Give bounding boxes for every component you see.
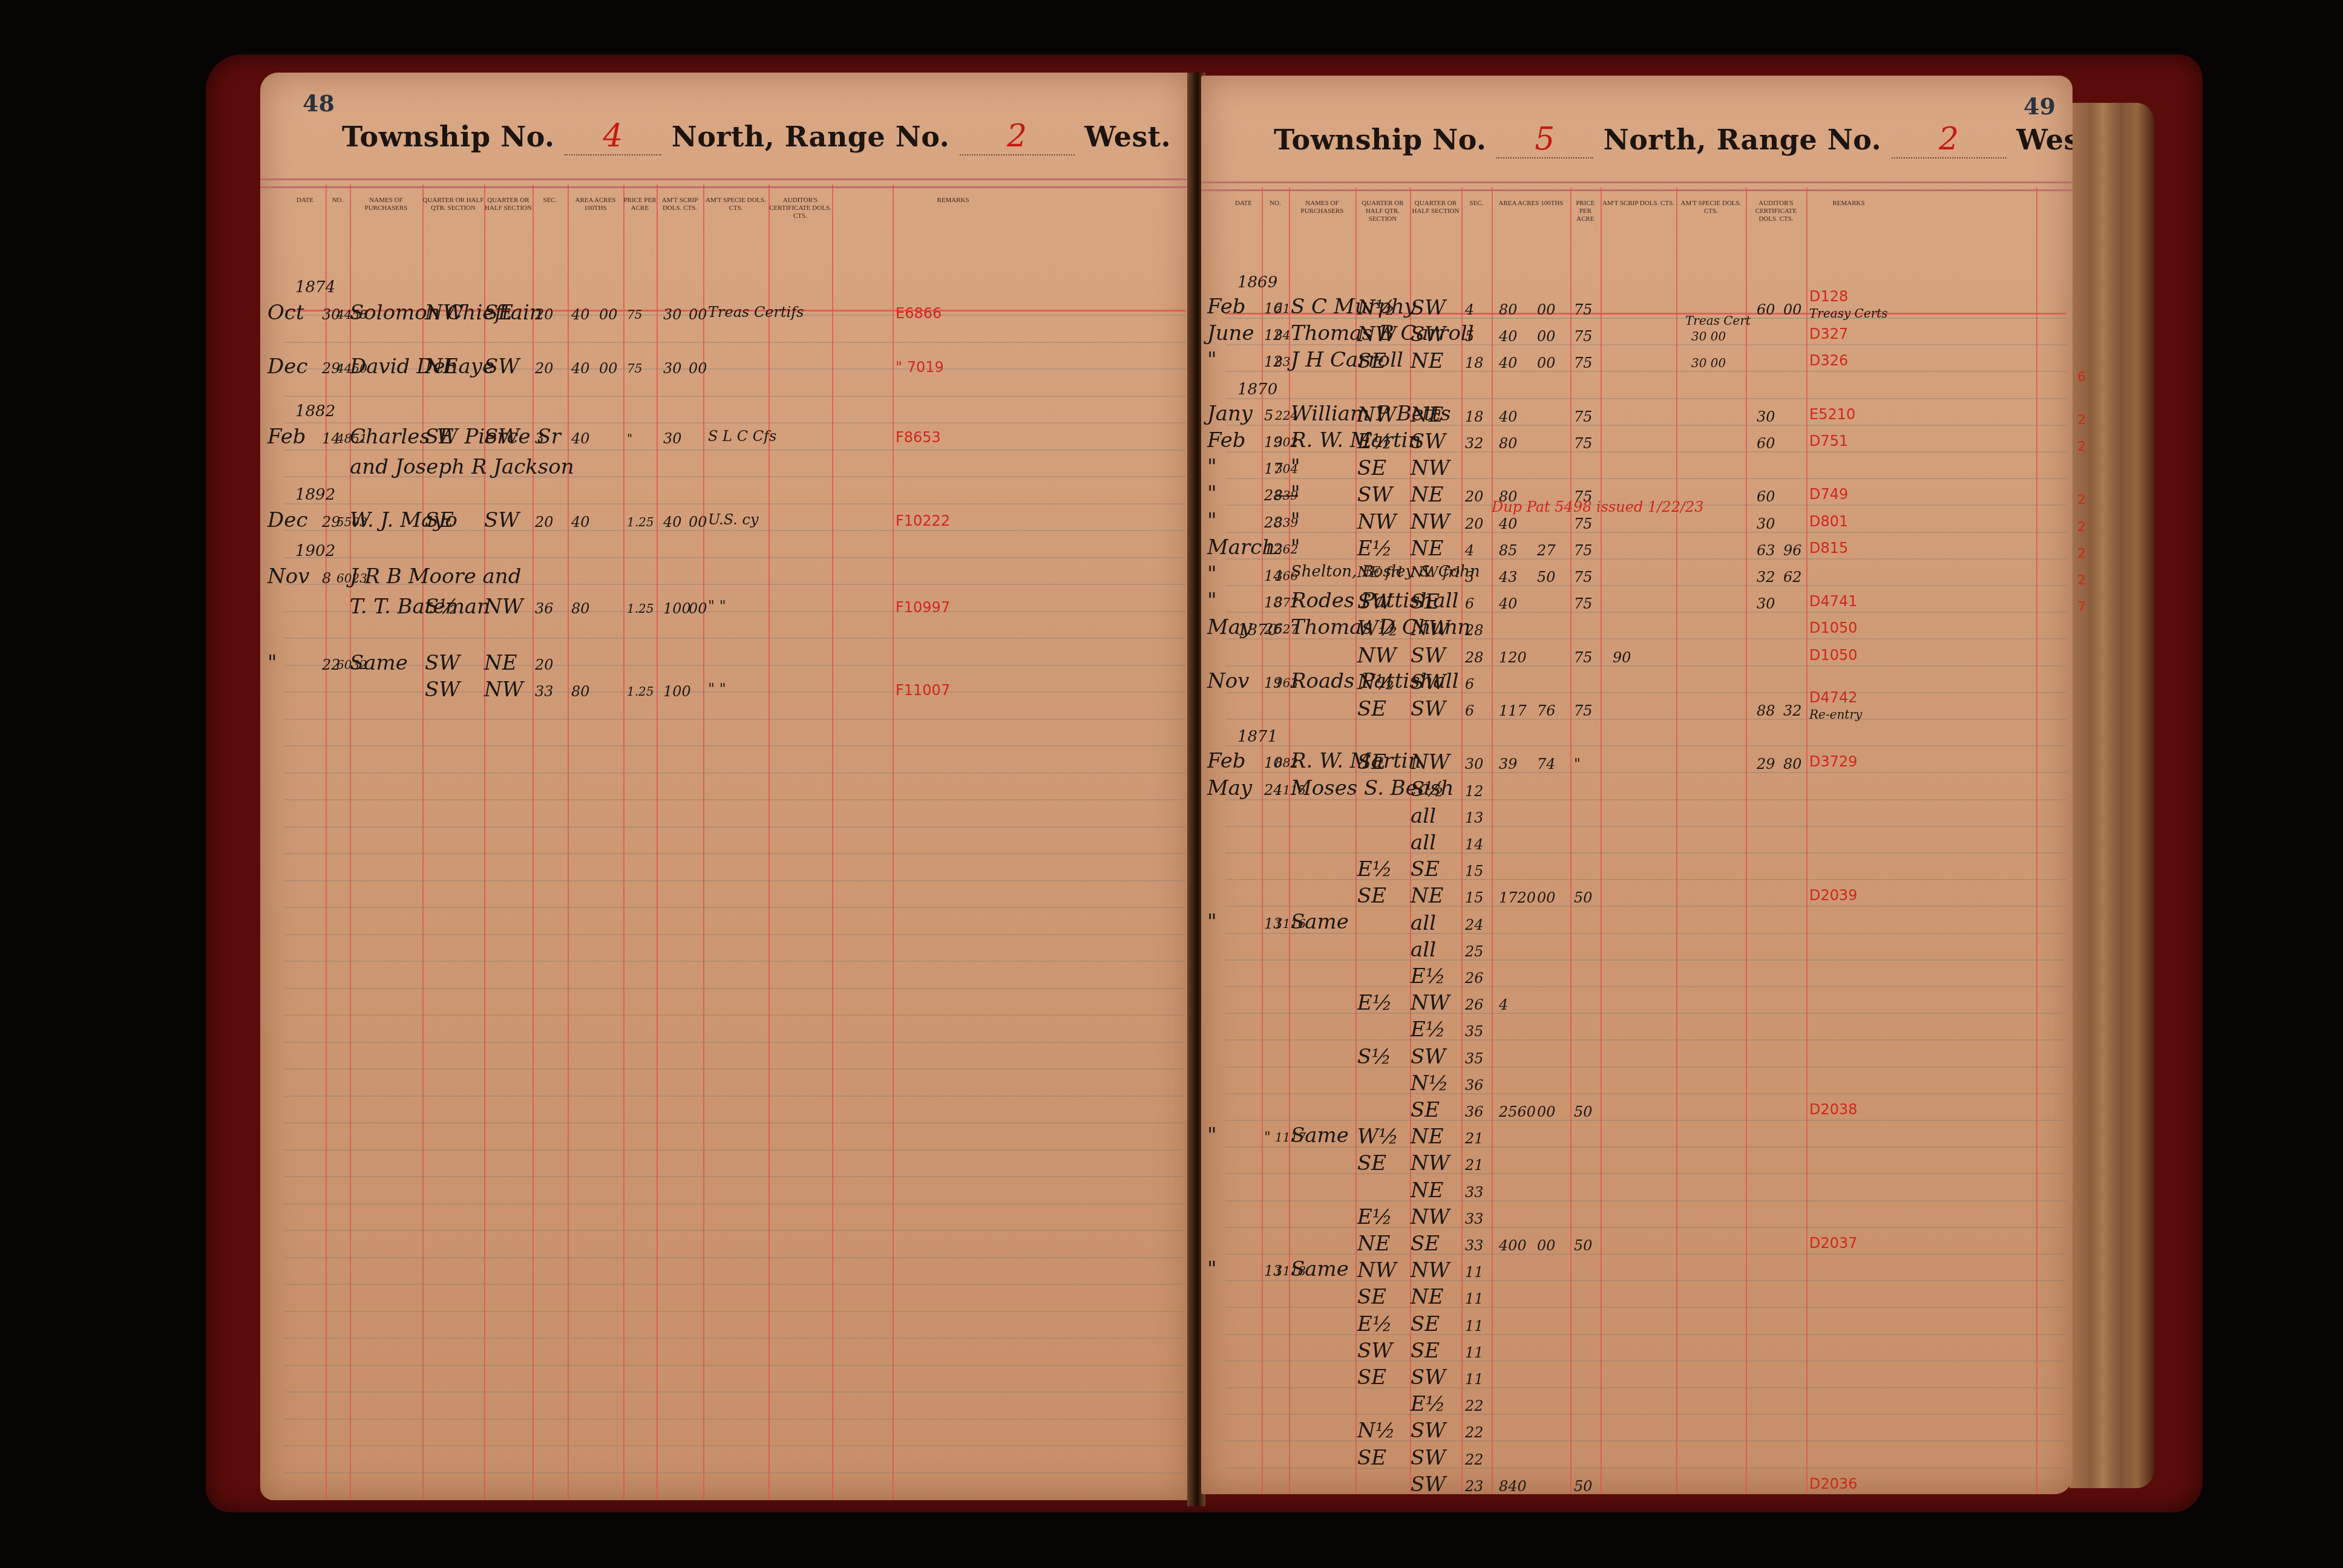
row-rule (1225, 745, 2066, 746)
section-number: 11 (1465, 1345, 1484, 1360)
north-range-label: North, Range No. (672, 120, 950, 153)
remarks-certificate: F11007 (896, 683, 950, 697)
quarter-half-qtr-section: SE (1357, 752, 1386, 773)
purchaser-name: " (1291, 537, 1300, 558)
quarter-half-qtr-section: N½ (1357, 1420, 1395, 1441)
row-rule (284, 1096, 1186, 1097)
ledger-entry: Dec294450David DehayeNESW204000753000" 7… (284, 356, 1186, 383)
price-per-acre: 75 (1574, 596, 1593, 611)
section-number: 36 (1465, 1078, 1484, 1093)
scrip-dollars: 100 (663, 601, 691, 616)
specie-note: Treas Certifs (708, 305, 804, 319)
column-header-sec: Sec. (532, 197, 568, 204)
purchaser-name: Same (1291, 1125, 1349, 1146)
certificate-dollars: 30 (1757, 410, 1775, 424)
area-acres: 4 (1499, 998, 1508, 1012)
ledger-entry: Nov86023J R B Moore andT. T. BatemanS½NW… (284, 566, 1186, 593)
range-number: 2 (1892, 121, 2007, 158)
area-hundredths: 27 (1537, 543, 1556, 558)
ledger-grid: DATENo.NAMES OF PURCHASERSQuarter or Hal… (284, 185, 1186, 1500)
scrip-cents: 00 (689, 601, 707, 616)
ledger-entry: Dec295503W. J. MayoSESW20401.254000U.S. … (284, 510, 1186, 537)
price-per-acre: 1.25 (627, 685, 654, 697)
quarter-half-qtr-section: SE (1357, 886, 1386, 906)
quarter-half-qtr-section: NE (1357, 1233, 1391, 1254)
price-per-acre: " (627, 433, 632, 445)
quarter-half-qtr-section: NW (1357, 405, 1397, 425)
area-hundredths: 76 (1537, 704, 1556, 718)
certificate-dollars: 32 (1757, 570, 1775, 584)
quarter-half-section: SW (1411, 1420, 1446, 1441)
scrip-cents: 00 (689, 361, 707, 376)
ledger-entry: "18377Rodes PattishallSWSE6407530D4741 (1225, 590, 2066, 617)
entry-month: " (1207, 1259, 1217, 1279)
entry-day: 8 (322, 571, 331, 586)
quarter-half-qtr-section: E½ (1357, 431, 1392, 452)
margin-mark: 2 (2077, 492, 2086, 508)
remarks-note: Treasy Certs (1809, 307, 1888, 319)
column-header-remarks: REMARKS (893, 197, 1014, 204)
area-acres: 40 (571, 361, 590, 376)
area-acres: 80 (571, 684, 590, 699)
price-per-acre: 75 (1574, 543, 1593, 558)
entry-month: May (1207, 778, 1252, 799)
area-acres: 400 (1499, 1238, 1527, 1253)
margin-mark: 2 (2077, 439, 2086, 454)
ledger-entry: SENE1517200050D2039 (1225, 884, 2066, 911)
column-header-price: PRICE Per Acre (1570, 200, 1601, 224)
section-number: 6 (1465, 677, 1474, 691)
section-number: 12 (1465, 784, 1484, 799)
certificate-cents: 62 (1783, 570, 1802, 584)
row-rule (284, 1365, 1186, 1366)
ledger-grid: DATENo.NAMES OF PURCHASERSQuarter or Hal… (1225, 188, 2066, 1494)
margin-mark: 2 (2077, 413, 2086, 428)
column-header-qq: Quarter or Half Qtr. Section (1355, 200, 1410, 224)
certificate-dollars: 60 (1757, 436, 1775, 451)
section-number: 13 (1465, 811, 1484, 825)
quarter-half-qtr-section: W½ (1357, 1126, 1398, 1147)
quarter-half-qtr-section: SW (425, 653, 460, 673)
area-hundredths: 00 (1537, 890, 1556, 905)
area-hundredths: 00 (1537, 356, 1556, 370)
purchaser-name-line2: and Joseph R Jackson (350, 457, 574, 477)
ledger-entry: Feb19302R. W. MartinE½SW32807560D751 (1225, 430, 2066, 457)
area-hundredths: 74 (1537, 757, 1556, 771)
section-number: 20 (535, 515, 554, 529)
quarter-half-section: SE (484, 302, 513, 323)
quarter-half-qtr-section: NW (1357, 324, 1397, 345)
quarter-half-section: SW (1411, 298, 1446, 318)
section-number: 28 (1465, 623, 1484, 638)
area-acres: 85 (1499, 543, 1518, 558)
quarter-half-section: NW frl (1411, 565, 1460, 580)
column-header-specie: AM'T SPECIE Dols. Cts. (703, 197, 768, 212)
section-number: 11 (1465, 1292, 1484, 1306)
row-rule (284, 422, 1186, 423)
quarter-half-section: all (1411, 913, 1436, 933)
purchaser-name: " (1291, 511, 1300, 531)
specie-note: S L C Cfs (708, 429, 776, 443)
entry-year: 1902 (295, 543, 335, 559)
column-header-qq: Quarter or Half Qtr. Section (422, 197, 484, 212)
quarter-half-section: NW (1411, 512, 1450, 532)
remarks-certificate: D801 (1809, 514, 1848, 529)
area-acres: 40 (1499, 410, 1518, 424)
row-rule (284, 503, 1186, 505)
area-acres: 40 (1499, 517, 1518, 531)
ledger-entry: SESW611776758832D4742Re-entry (1225, 697, 2066, 724)
ledger-entry: ""1117SameW½NE21 (1225, 1125, 2066, 1152)
area-acres: 120 (1499, 650, 1527, 665)
area-acres: 80 (1499, 436, 1518, 451)
row-rule (284, 988, 1186, 989)
scrip-cents: 00 (689, 515, 707, 529)
entry-month: " (1207, 457, 1217, 477)
row-rule (284, 342, 1186, 343)
area-hundredths: 00 (1537, 329, 1556, 344)
ledger-entry: all14 (1225, 831, 2066, 858)
column-header-date: DATE (1225, 200, 1262, 207)
quarter-half-section: NE (1411, 485, 1444, 505)
column-header-q: Quarter or Half Section (484, 197, 532, 212)
entry-month: " (1207, 564, 1217, 584)
column-header-scrip: AM'T SCRIP Dols. Cts. (1601, 200, 1676, 207)
purchaser-name: R. W. Martin (1291, 751, 1421, 771)
quarter-half-section: E½ (1411, 1019, 1446, 1040)
price-per-acre: 1.25 (627, 516, 654, 528)
entry-year: 1870 (1237, 382, 1277, 397)
ledger-entry: NE33 (1225, 1179, 2066, 1206)
quarter-half-section: NE (1411, 405, 1444, 425)
ledger-entry: "131118SameNWNW11 (1225, 1259, 2066, 1285)
remarks-certificate: D1050 (1809, 621, 1858, 635)
quarter-half-section: NE (1411, 351, 1444, 371)
price-per-acre: 50 (1574, 890, 1593, 905)
section-number: 11 (1465, 1319, 1484, 1333)
quarter-half-section: NW (484, 679, 523, 700)
row-rule (1225, 398, 2066, 399)
quarter-half-section: SE (1411, 1100, 1440, 1120)
specie-amount: 30 00 (1691, 330, 1726, 342)
price-per-acre: 75 (1574, 704, 1593, 718)
price-per-acre: 75 (1574, 410, 1593, 424)
row-rule (284, 1176, 1186, 1177)
area-hundredths: 00 (599, 307, 618, 322)
quarter-half-section: NE (484, 653, 517, 673)
row-rule (284, 1284, 1186, 1285)
township-label: Township No. (342, 120, 555, 153)
quarter-half-qtr-section: SE (1357, 1153, 1386, 1174)
ledger-entry: SWNW33801.25100" "F11007 (284, 679, 1186, 706)
entry-month: " (1207, 590, 1217, 611)
quarter-half-section: SW (1411, 672, 1446, 693)
price-per-acre: 75 (1574, 650, 1593, 665)
specie-note: " " (708, 599, 726, 613)
section-number: 11 (1465, 1372, 1484, 1387)
price-per-acre: 75 (1574, 517, 1593, 531)
column-header-date: DATE (284, 197, 326, 204)
column-header-no: No. (326, 197, 350, 204)
row-rule (284, 1068, 1186, 1070)
certificate-dollars: 29 (1757, 757, 1775, 771)
entry-month: Oct (267, 302, 304, 323)
entry-month: Feb (1207, 430, 1246, 451)
quarter-half-qtr-section: SW (1357, 1341, 1392, 1361)
specie-amount: 30 00 (1691, 357, 1726, 369)
column-header-area: AREA Acres 100ths (568, 197, 623, 212)
page-title: Township No. 4 North, Range No. 2 West. (342, 118, 1171, 155)
quarter-half-qtr-section: NE (425, 356, 458, 377)
west-label: West. (1084, 120, 1171, 153)
entry-number: 83 (1275, 356, 1290, 368)
row-rule (284, 907, 1186, 908)
section-number: 23 (1465, 1479, 1484, 1494)
area-hundredths: 00 (1537, 302, 1556, 317)
remarks-certificate: D2039 (1809, 888, 1858, 903)
row-rule (284, 826, 1186, 828)
margin-mark: 6 (2077, 370, 2086, 385)
section-number: 20 (1465, 489, 1484, 504)
quarter-half-section: NE (1411, 538, 1444, 559)
area-acres: 1720 (1499, 890, 1536, 905)
section-number: 4 (1465, 302, 1474, 317)
margin-mark: 7 (2077, 599, 2086, 615)
row-rule (284, 1014, 1186, 1016)
entry-month: " (1207, 912, 1217, 932)
quarter-half-section: S½ (1411, 779, 1444, 800)
certificate-cents: 80 (1783, 757, 1802, 771)
scrip-dollars: 30 (663, 307, 682, 322)
purchaser-name: Same (1291, 1259, 1349, 1279)
section-number: 3 (535, 431, 544, 446)
quarter-half-section: SE (1411, 1314, 1440, 1334)
scrip-dollars: 30 (663, 361, 682, 376)
certificate-dollars: 60 (1757, 302, 1775, 317)
quarter-half-section: NE (1411, 1287, 1444, 1307)
entry-year: 1871 (1237, 729, 1277, 745)
column-header-sec: Sec. (1461, 200, 1492, 207)
ledger-entry: "1283J H CarrollSENE1840007530 00D326 (1225, 350, 2066, 376)
township-number: 5 (1496, 121, 1593, 158)
quarter-half-section: NW (1411, 618, 1450, 639)
quarter-half-qtr-section: E½ (1357, 859, 1392, 880)
ledger-entry: E½SE11 (1225, 1313, 2066, 1339)
price-per-acre: 75 (1574, 329, 1593, 344)
certificate-dollars: 63 (1757, 543, 1775, 558)
entry-month: " (1207, 511, 1217, 531)
quarter-half-qtr-section: W½ (1357, 618, 1398, 639)
ledger-entry: Feb144851Charles W Pierce Srand Joseph R… (284, 426, 1186, 453)
ledger-entry: all25 (1225, 938, 2066, 965)
quarter-half-section: NE (1411, 886, 1444, 906)
scrip-dollars: 40 (663, 515, 682, 529)
quarter-half-qtr-section: E½ (1357, 538, 1392, 559)
ledger-entry: May26527Thomas D ChunnW½NW28D1050 (1225, 617, 2066, 644)
row-rule (284, 1149, 1186, 1151)
quarter-half-qtr-section: N½ (1357, 672, 1395, 693)
section-number: 32 (1465, 436, 1484, 451)
margin-mark: 2 (2077, 520, 2086, 535)
row-rule (284, 961, 1186, 962)
purchaser-name: R. W. Martin (1291, 430, 1421, 451)
ledger-entry: May241115Moses S. BeashS½12 (1225, 778, 2066, 805)
quarter-half-qtr-section: NE frl (1357, 565, 1402, 580)
row-rule (284, 1391, 1186, 1393)
row-rule (284, 934, 1186, 935)
ledger-entry: "14366Shelton, Bosley & CohnNE frlNW frl… (1225, 564, 2066, 590)
section-number: 35 (1465, 1024, 1484, 1039)
remarks-certificate: E5210 (1809, 407, 1855, 422)
remarks-certificate: " 7019 (896, 360, 944, 374)
section-number: 15 (1465, 864, 1484, 878)
quarter-half-section: SW (1411, 1367, 1446, 1388)
row-rule (284, 853, 1186, 854)
quarter-half-section: NE (1411, 1180, 1444, 1201)
ledger-entry: NWSW281207590D1050 (1225, 644, 2066, 671)
ledger-entry: June1284Thomas B CarrollNWSW5400075Treas… (1225, 323, 2066, 350)
left-page: 48 Township No. 4 North, Range No. 2 Wes… (260, 73, 1192, 1500)
row-rule (284, 638, 1186, 639)
quarter-half-qtr-section: S½ (425, 596, 459, 617)
row-rule (284, 1311, 1186, 1312)
row-rule (284, 1419, 1186, 1420)
remarks-certificate: D3729 (1809, 754, 1858, 769)
quarter-half-section: SE (1411, 859, 1440, 880)
row-rule (284, 1338, 1186, 1339)
certificate-cents: 00 (1783, 302, 1802, 317)
quarter-half-qtr-section: SW (1357, 592, 1392, 612)
quarter-half-qtr-section: SE (1357, 699, 1386, 719)
remarks-certificate: D815 (1809, 541, 1848, 555)
row-rule (284, 745, 1186, 746)
section-number: 4 (1465, 543, 1474, 558)
area-acres: 2560 (1499, 1105, 1536, 1119)
section-number: 24 (1465, 918, 1484, 932)
section-number: 11 (1465, 1265, 1484, 1279)
section-number: 3 (1465, 570, 1474, 584)
price-per-acre: 50 (1574, 1479, 1593, 1494)
purchaser-name: S C Murphy (1291, 296, 1416, 317)
quarter-half-section: SW (1411, 324, 1446, 345)
remarks-certificate: D2037 (1809, 1236, 1858, 1250)
section-number: 20 (535, 658, 554, 672)
area-acres: 80 (571, 601, 590, 616)
row-rule (284, 1257, 1186, 1258)
row-rule (284, 1122, 1186, 1123)
quarter-half-section: NW (1411, 458, 1450, 479)
entry-day: 5 (1264, 408, 1273, 423)
row-rule (284, 557, 1186, 558)
area-acres: 40 (1499, 329, 1518, 344)
section-number: 5 (1465, 329, 1474, 344)
entry-year: 1882 (295, 403, 335, 419)
section-number: 14 (1465, 837, 1484, 852)
quarter-half-section: NW (1411, 1153, 1450, 1174)
ledger-entry: Feb10882R. W. MartinSENW303974"2980D3729 (1225, 751, 2066, 777)
quarter-half-section: all (1411, 939, 1436, 960)
quarter-half-section: N½ (1411, 1073, 1449, 1094)
area-acres: 40 (571, 515, 590, 529)
remarks-certificate: D751 (1809, 434, 1848, 448)
margin-mark: 2 (2077, 573, 2086, 588)
entry-year: 1869 (1237, 275, 1277, 290)
quarter-half-section: SW (1411, 1047, 1446, 1067)
quarter-half-qtr-section: SW (425, 679, 460, 700)
price-per-acre: " (1574, 757, 1581, 771)
duplicate-patent-annotation: Dup Pat 5498 issued 1/22/23 (1492, 498, 1704, 515)
quarter-half-qtr-section: SE (1357, 351, 1386, 371)
quarter-half-section: NW (484, 596, 523, 617)
row-rule (284, 1042, 1186, 1043)
scrip-amount: 90 (1613, 650, 1631, 665)
ledger-entry: SENE11 (1225, 1285, 2066, 1312)
entry-year: 1892 (295, 487, 335, 503)
ledger-entry: March12362"E½NE48527756396D815 (1225, 537, 2066, 564)
entry-month: Feb (267, 426, 306, 447)
ledger-entry: SWSE11 (1225, 1339, 2066, 1366)
column-header-area: AREA Acres 100ths (1492, 200, 1570, 207)
ledger-entry: S½SW35 (1225, 1045, 2066, 1072)
column-header-no: No. (1262, 200, 1289, 207)
remarks-certificate: E6866 (896, 306, 942, 321)
quarter-half-section: SW (1411, 699, 1446, 719)
purchaser-name: Same (350, 653, 408, 673)
section-number: 21 (1465, 1131, 1484, 1146)
column-header-price: PRICE Per Acre (623, 197, 657, 212)
section-number: 33 (1465, 1185, 1484, 1200)
quarter-half-qtr-section: E½ (1357, 1207, 1392, 1227)
ledger-entry: N½SW22 (1225, 1419, 2066, 1446)
price-per-acre: 75 (1574, 302, 1593, 317)
township-label: Township No. (1274, 123, 1487, 156)
price-per-acre: 50 (1574, 1105, 1593, 1119)
quarter-half-section: E½ (1411, 966, 1446, 987)
section-number: 18 (1465, 356, 1484, 370)
remarks-certificate: F10222 (896, 514, 950, 528)
page-stack-edge (2069, 103, 2154, 1488)
area-acres: 40 (571, 431, 590, 446)
section-number: 25 (1465, 944, 1484, 959)
row-rule (284, 773, 1186, 774)
section-number: 20 (535, 361, 554, 376)
quarter-half-qtr-section: SE (425, 510, 454, 531)
entry-month: Dec (267, 510, 307, 531)
quarter-half-qtr-section: NW (1357, 645, 1397, 666)
section-number: 33 (535, 684, 554, 699)
quarter-half-qtr-section: NW (425, 302, 464, 323)
remarks-certificate: D4741 (1809, 594, 1858, 609)
entry-month: Nov (1207, 671, 1249, 691)
ledger-entry: E½22 (1225, 1393, 2066, 1419)
margin-mark: 2 (2077, 546, 2086, 561)
row-rule (284, 1445, 1186, 1446)
purchaser-name: J R B Moore and (350, 566, 522, 587)
quarter-half-section: SE (1411, 592, 1440, 612)
quarter-half-qtr-section: E½ (1357, 1314, 1392, 1334)
entry-month: Feb (1207, 751, 1246, 771)
scrip-dollars: 30 (663, 431, 682, 446)
section-number: 28 (1465, 650, 1484, 665)
section-number: 30 (1465, 757, 1484, 771)
entry-number: 21 (1275, 302, 1290, 315)
quarter-half-qtr-section: SW (1357, 485, 1392, 505)
quarter-half-qtr-section: SE (1357, 458, 1386, 479)
row-rule (284, 719, 1186, 720)
row-rule (284, 396, 1186, 397)
ledger-entry: SE3625600050D2038 (1225, 1099, 2066, 1125)
township-number: 4 (565, 118, 661, 155)
